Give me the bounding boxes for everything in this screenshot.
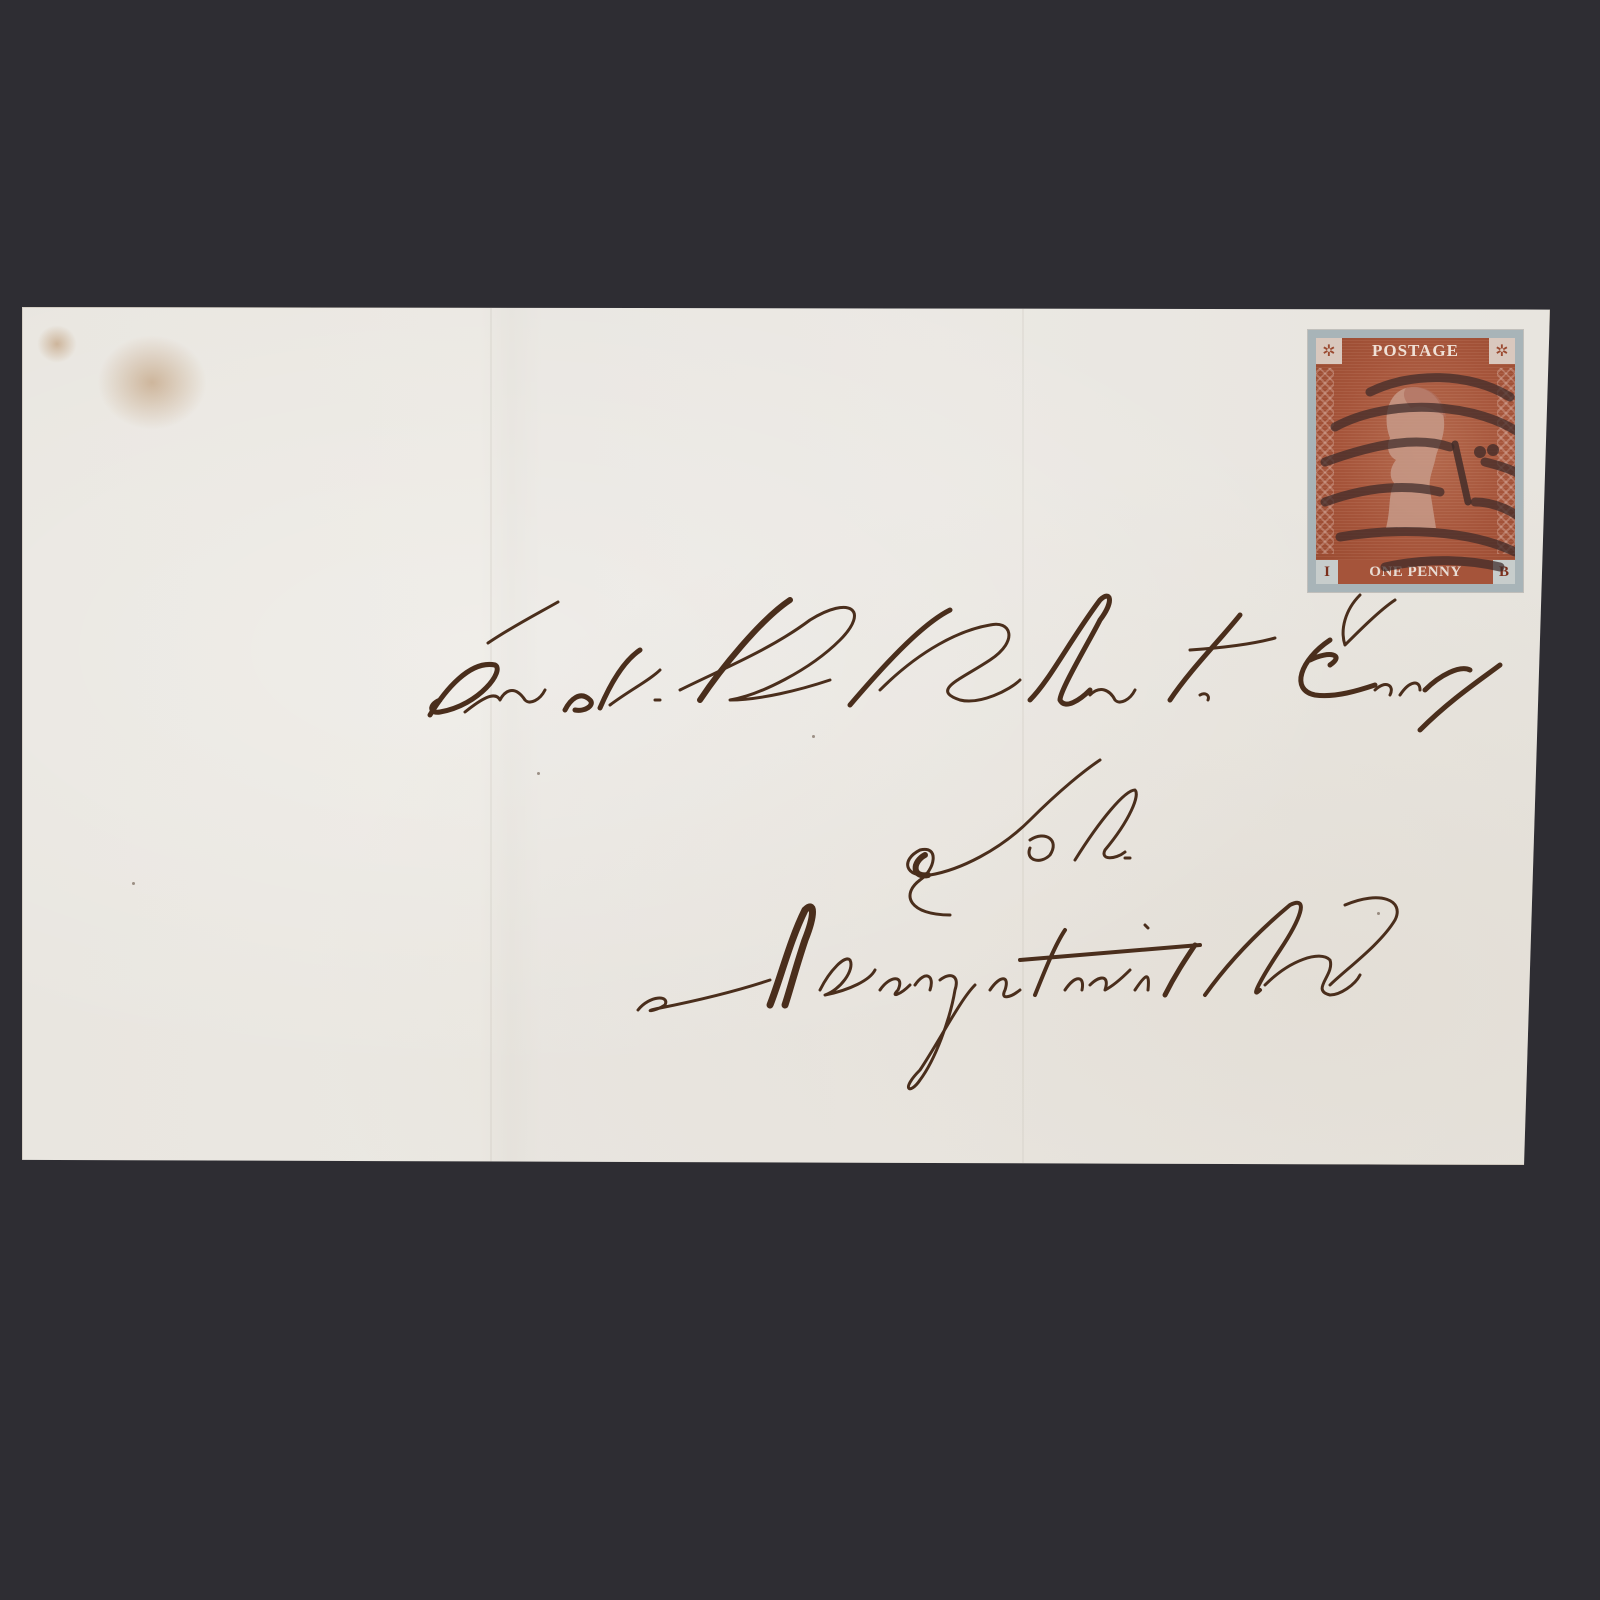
check-letter-right: B <box>1493 560 1515 584</box>
stamp-postage-label: POSTAGE <box>1372 341 1459 361</box>
check-letter-left: I <box>1316 560 1338 584</box>
stamp-design: ✲ POSTAGE ✲ I ONE PENNY B <box>1316 338 1515 584</box>
star-icon: ✲ <box>1316 338 1342 364</box>
stamp-side-ornament <box>1316 368 1334 554</box>
foxing-stain <box>97 335 207 430</box>
photo-scene: ✲ POSTAGE ✲ I ONE PENNY B <box>0 0 1600 1600</box>
stamp-bottom-band: I ONE PENNY B <box>1316 560 1515 584</box>
star-icon: ✲ <box>1489 338 1515 364</box>
address-line-title: Sol. <box>900 800 1016 870</box>
paper-speck <box>132 882 135 885</box>
stamp-side-ornament <box>1497 368 1515 554</box>
fold-line <box>490 307 492 1165</box>
postage-stamp: ✲ POSTAGE ✲ I ONE PENNY B <box>1308 330 1523 592</box>
paper-speck <box>812 735 815 738</box>
stamp-value-label: ONE PENNY <box>1369 564 1461 581</box>
foxing-stain <box>37 325 77 363</box>
paper-speck <box>1377 912 1380 915</box>
fold-line <box>1022 307 1024 1165</box>
stamp-top-band: ✲ POSTAGE ✲ <box>1316 338 1515 364</box>
address-line-name: Fredk. R. Roberts Esqr <box>420 640 1122 710</box>
queen-profile-icon <box>1366 378 1466 528</box>
paper-speck <box>537 772 540 775</box>
address-line-town: Aberystwith <box>640 930 1008 1000</box>
